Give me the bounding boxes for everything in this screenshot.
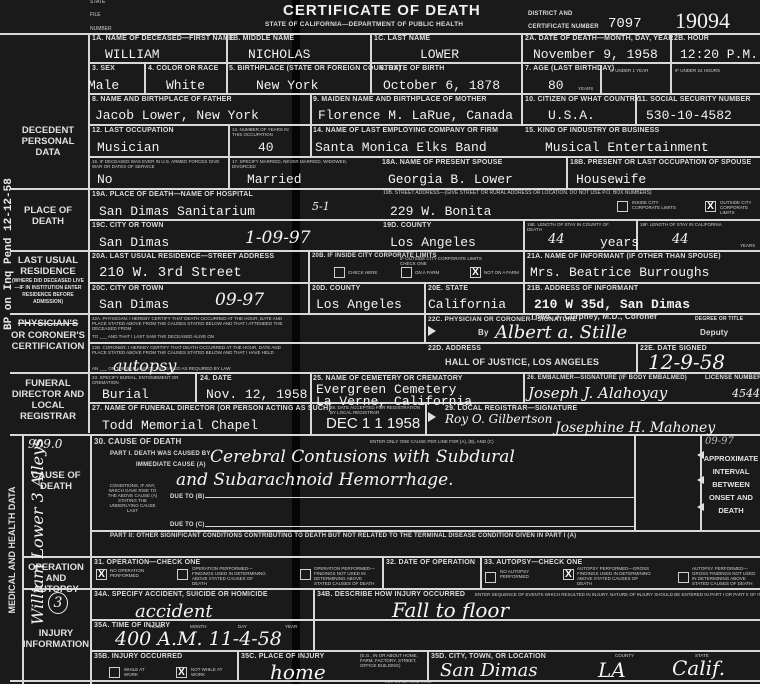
rule [88, 62, 760, 64]
informant-address: 210 W 35d, San Dimas [534, 297, 690, 312]
label-28: 28. DATE ACCEPTED FOR REGISTRATION BY LO… [330, 405, 425, 415]
immediate-cause-line1: Cerebral Contusions with Subdural [210, 447, 515, 467]
last-name: LOWER [420, 47, 459, 62]
inside-city-label: INSIDE CITY CORPORATE LIMITS [632, 200, 682, 210]
section-residence: LAST USUAL RESIDENCE [10, 255, 86, 277]
rule [310, 372, 312, 434]
label-34b-sub: ENTER SEQUENCE OF EVENTS WHICH RESULTED … [475, 592, 760, 597]
number-label: NUMBER [90, 27, 112, 32]
label-1b: 1b. MIDDLE NAME [229, 35, 294, 42]
injury-description: Fall to floor [392, 598, 509, 622]
conditions-label: CONDITIONS, IF ANY, WHICH GAVE RISE TO T… [105, 483, 160, 513]
marital-status: Married [247, 172, 302, 187]
spouse-occupation: Housewife [576, 172, 646, 187]
age-unit: YEARS [578, 86, 593, 91]
registration-date: DEC 1 1 1958 [326, 415, 420, 432]
injury-state: Calif. [672, 656, 725, 680]
label-9: 9. MAIDEN NAME AND BIRTHPLACE OF MOTHER [313, 96, 487, 103]
label-35b: 35b. INJURY OCCURRED [94, 653, 182, 660]
death-certificate: STATE FILE NUMBER CERTIFICATE OF DEATH S… [0, 0, 760, 684]
label-35d: 35d. CITY, TOWN, OR LOCATION [431, 653, 546, 660]
hospital-name: San Dimas Sanitarium [99, 204, 255, 219]
while-at-work-checkbox[interactable] [109, 667, 120, 678]
rule [566, 156, 568, 188]
hand-note-20c: 09-97 [215, 290, 264, 310]
label-19d: 19d. COUNTY [383, 222, 432, 229]
rule [523, 219, 525, 250]
under-1-year-label: IF UNDER 1 YEAR [610, 68, 648, 73]
arrow-icon [697, 451, 704, 459]
hour-of-death: 12:20 P.M. [680, 47, 758, 62]
label-6: 6. DATE OF BIRTH [380, 65, 445, 72]
on-farm-checkbox[interactable] [401, 267, 412, 278]
hand-note-19b: 5-1 [312, 200, 330, 213]
date-of-birth: October 6, 1878 [383, 78, 500, 93]
section-decedent: DECEDENT PERSONAL DATA [10, 125, 86, 158]
sex: Male [88, 78, 119, 93]
form-number: Rev. 1-1 58 Form VS-11 [385, 679, 431, 684]
label-22a: 22a. PHYSICIAN: I HEREBY CERTIFY THAT DE… [92, 316, 292, 331]
death-county: Los Angeles [390, 235, 476, 250]
rule [523, 250, 525, 313]
stay-california: 44 [672, 232, 689, 247]
residence-county: Los Angeles [316, 297, 402, 312]
section-medical: MEDICAL AND HEALTH DATA [7, 440, 18, 660]
rule [10, 250, 760, 252]
rule [88, 156, 760, 158]
label-19f: 19f. LENGTH OF STAY IN CALIFORNIA [640, 222, 730, 227]
manner-of-death: accident [135, 601, 213, 622]
coroner-stamp: Theo. J. Curphey, M.D., Coroner [530, 312, 657, 321]
label-1c: 1c. LAST NAME [374, 35, 430, 42]
label-4: 4. COLOR OR RACE [148, 65, 218, 72]
label-7: 7. AGE (LAST BIRTHDAY) [525, 65, 614, 72]
label-24: 24. DATE [200, 375, 232, 382]
part2-label: PART II: OTHER SIGNIFICANT CONDITIONS CO… [110, 533, 576, 539]
employer: Santa Monica Elks Band [315, 140, 487, 155]
outside-city-residence-label: IF OUTSIDE CITY CORPORATE LIMITS CHECK O… [400, 256, 490, 266]
outside-city-label: OUTSIDE CITY CORPORATE LIMITS [720, 200, 760, 215]
rule [636, 342, 638, 372]
coroner-signature: Albert a. Stille [495, 322, 627, 343]
rule [88, 124, 760, 126]
label-18a: 18a. NAME OF PRESENT SPOUSE [382, 159, 503, 166]
industry: Musical Entertainment [545, 140, 709, 155]
label-12: 12. LAST OCCUPATION [92, 127, 174, 134]
label-27: 27. NAME OF FUNERAL DIRECTOR (OR PERSON … [92, 405, 331, 412]
label-10: 10. CITIZEN OF WHAT COUNTRY [525, 96, 640, 103]
rule [228, 124, 230, 188]
label-30: 30. CAUSE OF DEATH [94, 437, 181, 446]
informant-name: Mrs. Beatrice Burroughs [530, 265, 709, 280]
check-here-label: CHECK HERE [348, 270, 378, 275]
rule [90, 434, 92, 684]
arrow-icon [428, 412, 436, 422]
funeral-director: Todd Memorial Chapel [102, 418, 258, 433]
embalmer-license: 4544 [732, 387, 760, 400]
margin-handwriting: William Lower 3 Alleys [28, 439, 47, 625]
father-name: Jacob Lower, New York [95, 108, 259, 123]
rule [523, 372, 525, 402]
by-label: By [478, 328, 489, 337]
rule [22, 588, 760, 590]
rule [88, 93, 760, 95]
section-place-of-death: PLACE OF DEATH [10, 205, 86, 227]
not-on-farm-checkbox[interactable]: X [470, 267, 481, 278]
street-address: 229 W. Bonita [390, 204, 491, 219]
rule [237, 650, 239, 680]
label-14: 14. NAME OF LAST EMPLOYING COMPANY OR FI… [313, 127, 498, 134]
label-20c: 20c. CITY OR TOWN [92, 285, 164, 292]
arrow-icon [697, 503, 704, 511]
race: White [166, 78, 205, 93]
rule [144, 62, 146, 93]
registrar-signature: Roy O. Gilbertson [445, 412, 552, 426]
label-22b: 22b. CORONER: I HEREBY CERTIFY THAT DEAT… [92, 345, 292, 355]
social-security-number: 530-10-4582 [646, 108, 732, 123]
no-operation-label: NO OPERATION PERFORMED [110, 568, 150, 578]
injury-city: San Dimas [440, 660, 538, 681]
under-24-hours-label: IF UNDER 24 HOURS [675, 68, 720, 73]
rule [22, 556, 760, 558]
stay-county: 44 [548, 232, 565, 247]
label-35c: 35c. PLACE OF INJURY [241, 653, 324, 660]
rule [370, 33, 372, 93]
rule [670, 65, 672, 93]
injury-county: LA [598, 658, 626, 682]
operation-not-used-checkbox[interactable] [300, 569, 311, 580]
label-1a: 1a. NAME OF DECEASED—FIRST NAME [92, 35, 234, 42]
residence-street: 210 W. 3rd Street [99, 265, 242, 281]
armed-forces: No [97, 172, 113, 187]
interval-label: APPROXIMATE INTERVAL BETWEEN ONSET AND D… [702, 452, 760, 517]
label-23: 23. SPECIFY BURIAL, ENTOMBMENT OR CREMAT… [92, 375, 192, 385]
circled-number: 3 [48, 592, 68, 614]
arrow-icon [428, 326, 436, 336]
section-injury: INJURY INFORMATION [22, 628, 90, 650]
label-11: 11. SOCIAL SECURITY NUMBER [638, 96, 751, 103]
inside-city-residence-checkbox[interactable] [334, 267, 345, 278]
years-in-occupation: 40 [258, 140, 274, 155]
citizenship: U.S.A. [548, 108, 595, 123]
mother-name: Florence M. LaRue, Canada [318, 108, 513, 123]
label-19c: 19c. CITY OR TOWN [92, 222, 164, 229]
hand-note-19c: 1-09-97 [245, 228, 311, 248]
label-21a: 21a. NAME OF INFORMANT (IF OTHER THAN SP… [527, 253, 721, 260]
cause-instruction: ENTER ONLY ONE CAUSE PER LINE FOR (A), (… [370, 439, 494, 444]
document-subtitle: STATE OF CALIFORNIA—DEPARTMENT OF PUBLIC… [265, 21, 463, 28]
degree-label: DEGREE OR TITLE [695, 316, 743, 322]
rule [308, 250, 310, 313]
spouse-name: Georgia B. Lower [388, 172, 513, 187]
file-label: FILE [90, 13, 101, 18]
label-2a: 2a. DATE OF DEATH—MONTH, DAY, YEAR [525, 35, 674, 42]
not-while-at-work-label: NOT WHILE AT WORK [191, 667, 226, 677]
rule [310, 93, 312, 156]
district-number: 7097 [608, 16, 642, 32]
date-of-death: November 9, 1958 [533, 47, 658, 62]
label-15: 15. KIND OF INDUSTRY OR BUSINESS [525, 127, 659, 134]
while-at-work-label: WHILE AT WORK [124, 667, 154, 677]
no-autopsy-checkbox[interactable] [485, 572, 496, 583]
operation-used-checkbox[interactable] [177, 569, 188, 580]
label-20a: 20a. LAST USUAL RESIDENCE—STREET ADDRESS [92, 253, 274, 260]
label-17: 17. SPECIFY MARRIED, NEVER MARRIED, WIDO… [232, 159, 352, 169]
label-20d: 20d. COUNTY [312, 285, 361, 292]
section-physician-struck: PHYSICIAN'S [10, 318, 86, 329]
label-21b: 21b. ADDRESS OF INFORMANT [527, 285, 638, 292]
label-34b: 34b. DESCRIBE HOW INJURY OCCURRED [317, 591, 465, 598]
rule [634, 434, 636, 530]
label-31: 31. OPERATION—CHECK ONE [94, 559, 200, 566]
label-19e: 19e. LENGTH OF STAY IN COUNTY OF DEATH [527, 222, 617, 232]
interval-note: 09-97 [705, 436, 734, 447]
rule [480, 556, 482, 588]
no-operation-checkbox[interactable]: X [96, 569, 107, 580]
rule [88, 342, 760, 344]
label-32: 32. DATE OF OPERATION [386, 559, 475, 566]
burial-date: Nov. 12, 1958 [206, 387, 307, 402]
autopsy-used-label: AUTOPSY PERFORMED—GROSS FINDINGS USED IN… [577, 566, 652, 586]
outside-city-checkbox[interactable]: X [705, 201, 716, 212]
date-signed: 12-9-58 [648, 350, 725, 374]
district-label: DISTRICT AND [528, 11, 573, 17]
section-residence-note: (WHERE DID DECEASED LIVE—IF IN INSTITUTI… [10, 278, 86, 306]
label-16: 16. IF DECEASED WAS EVER IN U.S. ARMED F… [92, 159, 222, 169]
rule [427, 650, 429, 680]
not-on-farm-label: NOT ON A FARM [484, 270, 519, 275]
year-label: YEAR [285, 624, 297, 629]
label-22b-line2: AN ___ ON THE REMAINS OF DECEASED AS REQ… [92, 366, 382, 371]
label-33: 33. AUTOPSY—CHECK ONE [484, 559, 582, 566]
certificate-number: 19094 [675, 8, 730, 34]
rule [195, 372, 197, 402]
part1-label: PART I. DEATH WAS CAUSED BY [110, 451, 211, 457]
first-name: WILLIAM [105, 47, 160, 62]
rule [88, 219, 760, 221]
operation-used-label: OPERATION PERFORMED—FINDINGS USED IN DET… [192, 566, 267, 586]
document-title: CERTIFICATE OF DEATH [283, 2, 481, 19]
place-of-injury: home [270, 660, 326, 684]
rule [313, 588, 315, 650]
not-while-at-work-checkbox[interactable]: X [176, 667, 187, 678]
autopsy-not-used-label: AUTOPSY PERFORMED—GROSS FINDINGS NOT USE… [692, 566, 758, 586]
label-22a-line2: TO ___ AND THAT I LAST SAW THE DECEASED … [92, 334, 292, 339]
birthplace: New York [256, 78, 318, 93]
state-label: STATE [90, 0, 105, 5]
license-label: LICENSE NUMBER [705, 375, 760, 381]
rule [90, 650, 760, 652]
section-certification: OR CORONER'S CERTIFICATION [10, 330, 86, 352]
label-25: 25. NAME OF CEMETERY OR CREMATORY [313, 375, 463, 382]
death-city: San Dimas [99, 235, 169, 250]
label-22d: 22d. ADDRESS [428, 345, 481, 352]
section-funeral: FUNERAL DIRECTOR AND LOCAL REGISTRAR [10, 378, 86, 422]
label-19b: 19b. STREET ADDRESS—(GIVE STREET OR RURA… [383, 191, 652, 196]
rule [205, 526, 635, 527]
rule [425, 402, 427, 434]
rule [382, 556, 384, 588]
rule [424, 282, 426, 342]
rule [88, 33, 90, 433]
due-to-b-label: DUE TO (B) [170, 494, 205, 500]
label-5: 5. BIRTHPLACE (STATE OR FOREIGN COUNTRY) [229, 65, 401, 72]
label-2b: 2b. HOUR [674, 35, 709, 42]
label-35c-sub: (E.G., IN OR ABOUT HOME, FARM, FACTORY, … [360, 653, 425, 668]
autopsy-not-used-checkbox[interactable] [678, 572, 689, 583]
label-3: 3. SEX [92, 65, 115, 72]
rule [90, 530, 760, 532]
middle-name: NICHOLAS [248, 47, 310, 62]
residence-state: California [428, 297, 506, 312]
disposition: Burial [102, 387, 149, 402]
label-26: 26. EMBALMER—SIGNATURE (IF BODY EMBALMED… [527, 375, 687, 381]
certificate-number-label: CERTIFICATE NUMBER [528, 24, 599, 30]
last-occupation: Musician [97, 140, 159, 155]
arrow-icon [697, 476, 704, 484]
due-to-c-label: DUE TO (C) [170, 522, 205, 528]
immediate-cause-line2: and Subarachnoid Hemorrhage. [176, 470, 454, 490]
time-of-injury: 400 A.M. 11-4-58 [115, 628, 282, 650]
immediate-cause-label: IMMEDIATE CAUSE (A) [136, 462, 206, 468]
age: 80 [548, 78, 564, 93]
stay-california-unit: YEARS [740, 243, 755, 248]
operation-not-used-label: OPERATION PERFORMED—FINDINGS NOT USED IN… [314, 566, 380, 586]
rule [226, 33, 228, 93]
inside-city-checkbox[interactable] [617, 201, 628, 212]
on-farm-label: ON A FARM [415, 270, 439, 275]
label-18b: 18b. PRESENT OR LAST OCCUPATION OF SPOUS… [570, 159, 751, 166]
residence-city: San Dimas [99, 297, 169, 312]
embalmer-signature: Joseph J. Alahoyay [528, 384, 667, 402]
label-19a: 19a. PLACE OF DEATH—NAME OF HOSPITAL [92, 191, 253, 198]
label-8: 8. NAME AND BIRTHPLACE OF FATHER [92, 96, 232, 103]
coroner-address: HALL OF JUSTICE, LOS ANGELES [445, 357, 599, 367]
autopsy-used-checkbox[interactable]: X [563, 569, 574, 580]
label-29: 29. LOCAL REGISTRAR—SIGNATURE [445, 405, 577, 412]
label-34a: 34a. SPECIFY ACCIDENT, SUICIDE OR HOMICI… [94, 591, 268, 598]
no-autopsy-label: NO AUTOPSY PERFORMED [500, 569, 540, 579]
rule [521, 33, 523, 124]
stay-county-unit: years [600, 235, 639, 250]
label-13: 13. NUMBER OF YEARS IN THIS OCCUPATION [232, 127, 292, 137]
label-20e: 20e. STATE [428, 285, 468, 292]
degree: Deputy [700, 328, 728, 337]
rule [205, 497, 635, 498]
